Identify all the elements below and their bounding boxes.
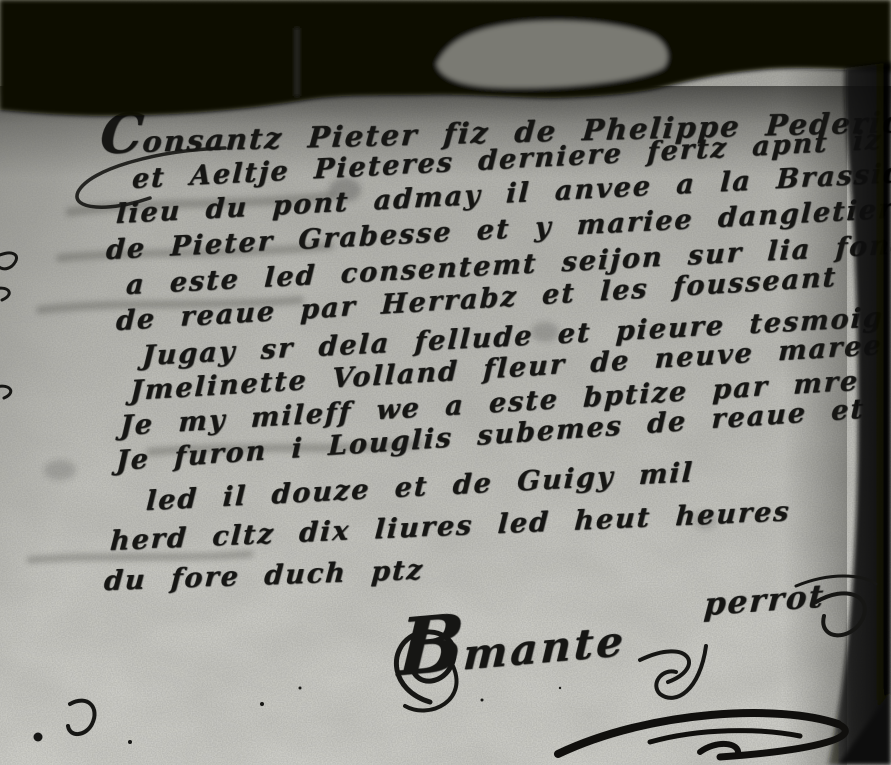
manuscript-line: du fore duch ptz	[103, 556, 425, 597]
signature-right: perrot	[703, 579, 826, 622]
gray-cloth-patch	[436, 20, 668, 88]
ink-specks	[34, 687, 562, 745]
signature-center: Bmante	[397, 608, 628, 685]
manuscript-scan: Consantz Pieter fiz de Phelippe Pederich…	[0, 0, 891, 765]
margin-ink-marks	[0, 253, 95, 734]
